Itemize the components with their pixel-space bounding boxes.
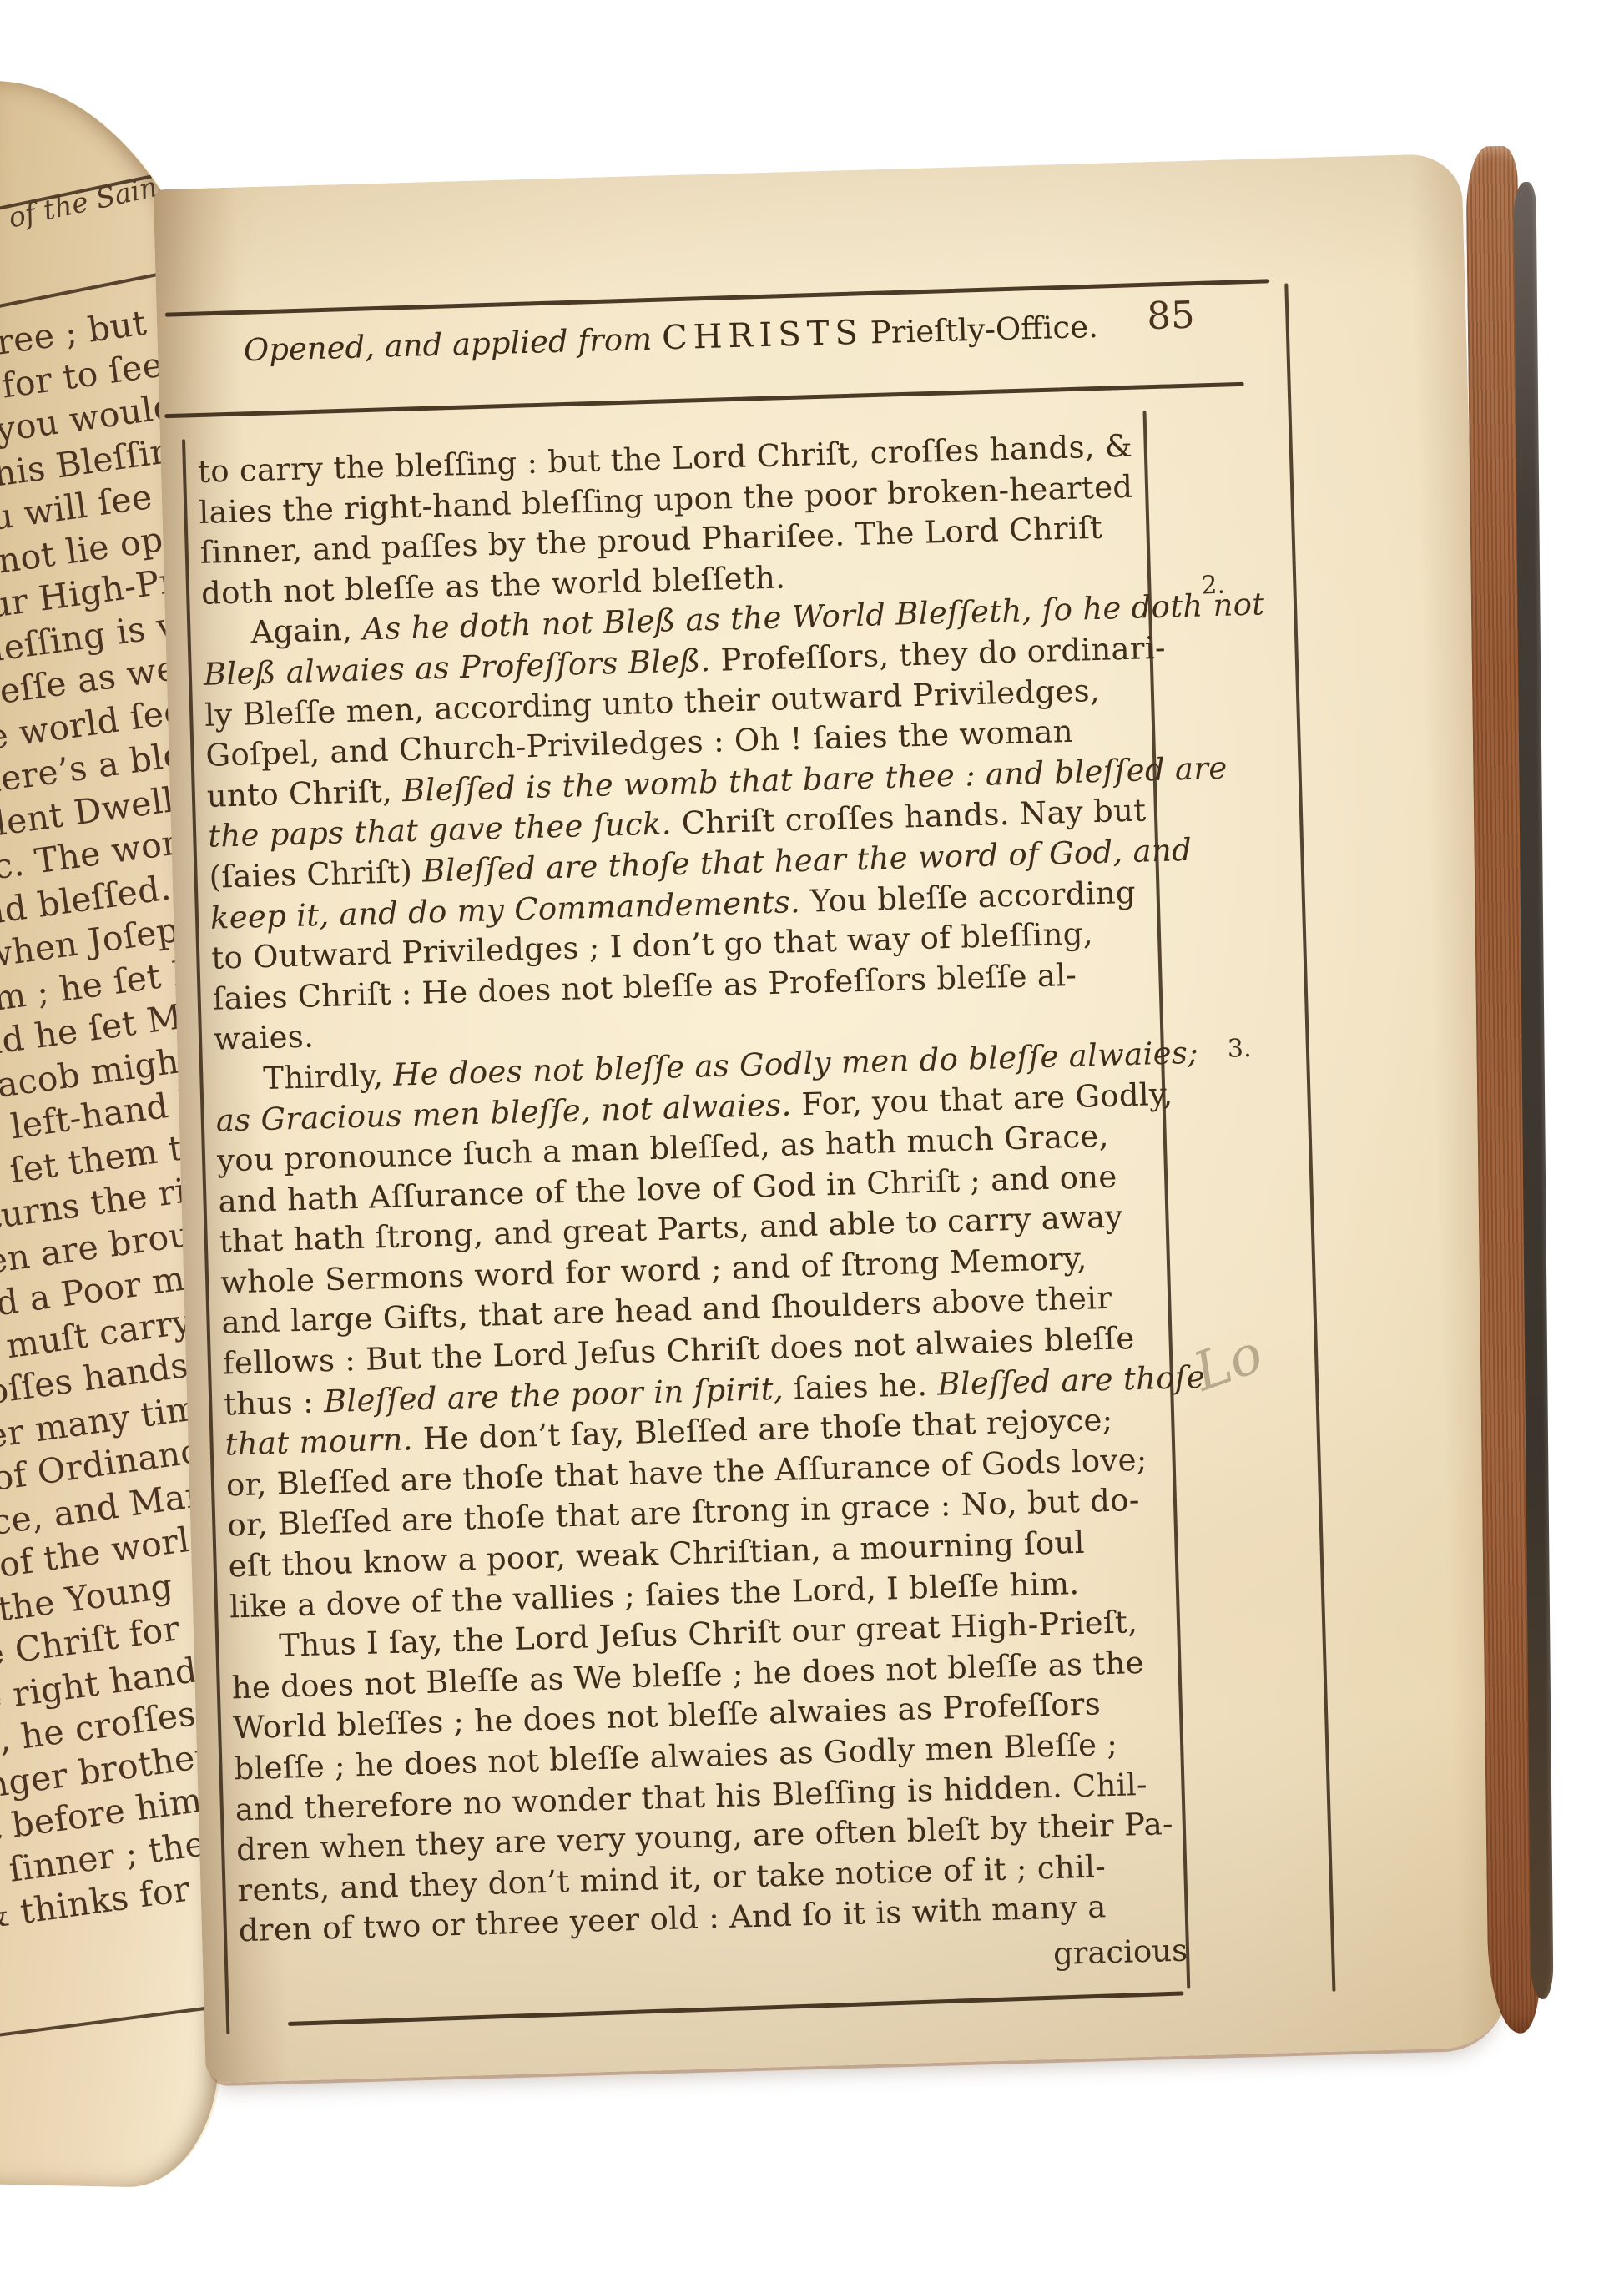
text-segment: unto Chriſt, <box>206 773 402 814</box>
text-segment: waies. <box>213 1019 314 1057</box>
text-segment: ſaies he. <box>793 1366 938 1406</box>
text-segment: You bleſſe according <box>809 874 1136 919</box>
margin-note-2: 2. <box>1201 571 1226 601</box>
margin-note-3: 3. <box>1227 1034 1252 1064</box>
page-number: 85 <box>1147 293 1196 339</box>
running-title-rest: Prieſtly-Office. <box>870 309 1098 351</box>
running-title-italic: Opened, and applied from <box>243 321 652 369</box>
text-segment: Again, <box>250 612 363 651</box>
text-segment-italic: Bleſſed are thoſe <box>937 1358 1206 1402</box>
margin-rule <box>1284 283 1335 1991</box>
header-bottom-rule <box>164 382 1244 418</box>
text-segment: Thirdly, <box>263 1057 394 1096</box>
text-segment: thus : <box>224 1383 325 1422</box>
text-segment: For, you that are Godly, <box>801 1076 1173 1121</box>
running-title-caps: CHRISTS <box>661 314 864 358</box>
running-title: Opened, and applied fromCHRISTSPrieſtly-… <box>190 305 1151 370</box>
right-page: Opened, and applied fromCHRISTSPrieſtly-… <box>154 154 1515 2084</box>
text-segment: (ſaies Chriſt) <box>209 854 423 895</box>
photo-backdrop: g of the Saints comfort ad holi Tree ; b… <box>0 0 1624 2273</box>
text-frame-bottom-rule <box>288 1991 1184 2026</box>
body-text: to carry the bleſſing : but the Lord Chr… <box>197 426 1187 1952</box>
text-segment-italic: that mourn. <box>224 1421 423 1463</box>
